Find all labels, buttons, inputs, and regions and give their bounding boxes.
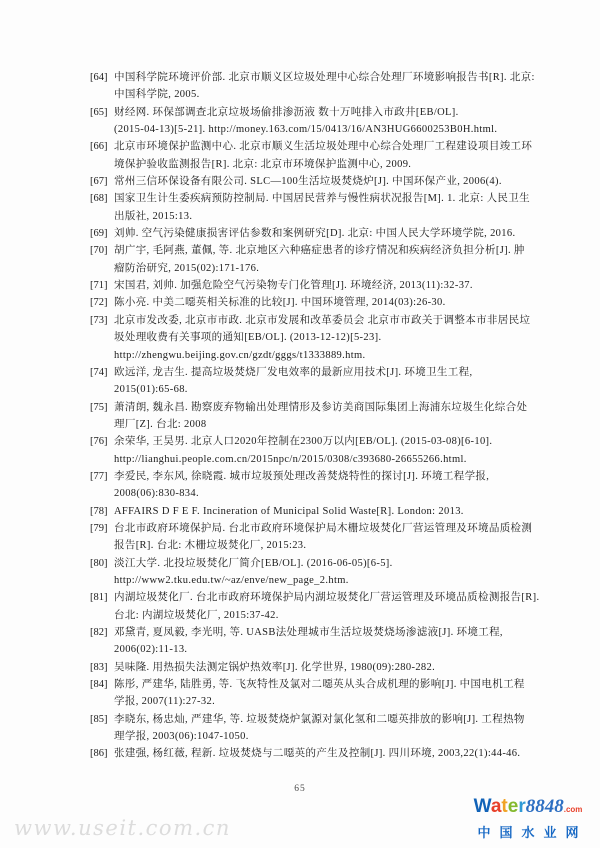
reference-item: [80]淡江大学. 北投垃圾焚化厂简介[EB/OL]. (2016-06-05)… — [90, 555, 560, 590]
page-number: 65 — [0, 784, 600, 794]
reference-number: [85] — [90, 711, 109, 728]
reference-item: [64]中国科学院环境评价部. 北京市顺义区垃圾处理中心综合处理厂环境影响报告书… — [90, 69, 560, 104]
reference-text-line: 余荣华, 王昊男. 北京人口2020年控制在2300万以内[EB/OL]. (2… — [114, 433, 492, 450]
reference-text-line: 国家卫生计生委疾病预防控制局. 中国居民营养与慢性病状况报告[M]. 1. 北京… — [114, 190, 530, 207]
reference-number: [67] — [90, 173, 109, 190]
reference-text-line: 北京市发改委, 北京市市政. 北京市发展和改革委员会 北京市市政关于调整本市非居… — [114, 312, 530, 329]
reference-text: 胡广宇, 毛阿燕, 董佩, 等. 北京地区六种癌症患者的诊疗情况和疾病经济负担分… — [114, 242, 525, 277]
reference-item: [82]邓黛青, 夏凤毅, 李光明, 等. UASB法处理城市生活垃圾焚烧场渗滤… — [90, 624, 560, 659]
reference-text-line: 刘帅. 空气污染健康损害评估参数和案例研究[D]. 北京: 中国人民大学环境学院… — [114, 225, 515, 242]
logo-8848-text: 8848 — [526, 796, 564, 817]
reference-text-line: (2015-04-13)[5-21]. http://money.163.com… — [114, 121, 497, 138]
reference-item: [72]陈小亮. 中美二噁英相关标准的比较[J]. 中国环境管理, 2014(0… — [90, 294, 560, 311]
reference-number: [79] — [90, 520, 109, 537]
reference-number: [70] — [90, 242, 109, 259]
reference-text-line: 萧清朗, 魏永昌. 勘察废弃物输出处理情形及参访美商国际集团上海浦东垃圾生化综合… — [114, 399, 527, 416]
reference-text: 陈彤, 严建华, 陆胜勇, 等. 飞灰特性及氯对二噁英从头合成机理的影响[J].… — [114, 676, 525, 711]
reference-number: [72] — [90, 294, 109, 311]
reference-text-line: AFFAIRS D F E F. Incineration of Municip… — [114, 503, 464, 520]
reference-number: [64] — [90, 69, 109, 86]
reference-item: [84]陈彤, 严建华, 陆胜勇, 等. 飞灰特性及氯对二噁英从头合成机理的影响… — [90, 676, 560, 711]
logo-subtitle: 中国水业网 — [461, 822, 600, 841]
reference-text: 陈小亮. 中美二噁英相关标准的比较[J]. 中国环境管理, 2014(03):2… — [114, 294, 446, 311]
reference-text: 宋国君, 刘帅. 加强危险空气污染物专门化管理[J]. 环境经济, 2013(1… — [114, 277, 473, 294]
reference-item: [75]萧清朗, 魏永昌. 勘察废弃物输出处理情形及参访美商国际集团上海浦东垃圾… — [90, 399, 560, 434]
water8848-logo: Water8848.com 中国水业网 — [461, 796, 595, 841]
reference-text-line: http://lianghui.people.com.cn/2015npc/n/… — [114, 451, 492, 468]
reference-text: 萧清朗, 魏永昌. 勘察废弃物输出处理情形及参访美商国际集团上海浦东垃圾生化综合… — [114, 399, 527, 434]
reference-text-line: 淡江大学. 北投垃圾焚化厂简介[EB/OL]. (2016-06-05)[6-5… — [114, 555, 393, 572]
reference-number: [82] — [90, 624, 109, 641]
reference-item: [67]常州三信环保设备有限公司. SLC—100生活垃圾焚烧炉[J]. 中国环… — [90, 173, 560, 190]
reference-number: [77] — [90, 468, 109, 485]
reference-text: 李晓东, 杨忠灿, 严建华, 等. 垃圾焚烧炉氯源对氯化氢和二噁英排放的影响[J… — [114, 711, 525, 746]
reference-item: [79]台北市政府环境保护局. 台北市政府环境保护局木栅垃圾焚化厂营运管理及环境… — [90, 520, 560, 555]
reference-text-line: 陈彤, 严建华, 陆胜勇, 等. 飞灰特性及氯对二噁英从头合成机理的影响[J].… — [114, 676, 525, 693]
reference-item: [86]张建强, 杨红薇, 程新. 垃圾焚烧与二噁英的产生及控制[J]. 四川环… — [90, 745, 560, 762]
reference-item: [76]余荣华, 王昊男. 北京人口2020年控制在2300万以内[EB/OL]… — [90, 433, 560, 468]
reference-text-line: 台北市政府环境保护局. 台北市政府环境保护局木栅垃圾焚化厂营运管理及环境品质检测 — [114, 520, 532, 537]
reference-text: 常州三信环保设备有限公司. SLC—100生活垃圾焚烧炉[J]. 中国环保产业,… — [114, 173, 502, 190]
reference-item: [73]北京市发改委, 北京市市政. 北京市发展和改革委员会 北京市市政关于调整… — [90, 312, 560, 364]
reference-text: 北京市发改委, 北京市市政. 北京市发展和改革委员会 北京市市政关于调整本市非居… — [114, 312, 530, 364]
reference-item: [65]财经网. 环保部调查北京垃圾场偷排渗沥液 数十万吨排入市政井[EB/OL… — [90, 104, 560, 139]
reference-number: [71] — [90, 277, 109, 294]
reference-text: 台北市政府环境保护局. 台北市政府环境保护局木栅垃圾焚化厂营运管理及环境品质检测… — [114, 520, 532, 555]
reference-text-line: 北京市环境保护监测中心. 北京市顺义生活垃圾处理中心综合处理厂工程建设项目竣工环 — [114, 138, 532, 155]
reference-text-line: 学报, 2007(11):27-32. — [114, 693, 525, 710]
reference-number: [73] — [90, 312, 109, 329]
reference-text-line: 欧远洋, 龙吉生. 提高垃圾焚烧厂发电效率的最新应用技术[J]. 环境卫生工程, — [114, 364, 472, 381]
reference-text-line: 圾处理收费有关事项的通知[EB/OL]. (2013-12-12)[5-23]. — [114, 329, 530, 346]
logo-com-text: .com — [564, 805, 583, 814]
reference-text-line: 报告[R]. 台北: 木栅垃圾焚化厂, 2015:23. — [114, 537, 532, 554]
reference-text-line: 财经网. 环保部调查北京垃圾场偷排渗沥液 数十万吨排入市政井[EB/OL]. — [114, 104, 497, 121]
reference-item: [85]李晓东, 杨忠灿, 严建华, 等. 垃圾焚烧炉氯源对氯化氢和二噁英排放的… — [90, 711, 560, 746]
reference-text-line: 李晓东, 杨忠灿, 严建华, 等. 垃圾焚烧炉氯源对氯化氢和二噁英排放的影响[J… — [114, 711, 525, 728]
reference-item: [69]刘帅. 空气污染健康损害评估参数和案例研究[D]. 北京: 中国人民大学… — [90, 225, 560, 242]
reference-number: [74] — [90, 364, 109, 381]
reference-text-line: 常州三信环保设备有限公司. SLC—100生活垃圾焚烧炉[J]. 中国环保产业,… — [114, 173, 502, 190]
reference-text: 淡江大学. 北投垃圾焚化厂简介[EB/OL]. (2016-06-05)[6-5… — [114, 555, 393, 590]
reference-text-line: 理学报, 2003(06):1047-1050. — [114, 728, 525, 745]
reference-text: 北京市环境保护监测中心. 北京市顺义生活垃圾处理中心综合处理厂工程建设项目竣工环… — [114, 138, 532, 173]
reference-item: [71]宋国君, 刘帅. 加强危险空气污染物专门化管理[J]. 环境经济, 20… — [90, 277, 560, 294]
reference-text-line: 台北: 内湖垃圾焚化厂, 2015:37-42. — [114, 607, 539, 624]
reference-text-line: 吴味隆. 用热损失法测定锅炉热效率[J]. 化学世界, 1980(09):280… — [114, 659, 435, 676]
reference-text-line: 2015(01):65-68. — [114, 381, 472, 398]
reference-item: [81]内湖垃圾焚化厂. 台北市政府环境保护局内湖垃圾焚化厂营运管理及环境品质检… — [90, 589, 560, 624]
reference-text: 国家卫生计生委疾病预防控制局. 中国居民营养与慢性病状况报告[M]. 1. 北京… — [114, 190, 530, 225]
reference-text-line: 胡广宇, 毛阿燕, 董佩, 等. 北京地区六种癌症患者的诊疗情况和疾病经济负担分… — [114, 242, 525, 259]
reference-text-line: 张建强, 杨红薇, 程新. 垃圾焚烧与二噁英的产生及控制[J]. 四川环境, 2… — [114, 745, 520, 762]
reference-text-line: 2008(06):830-834. — [114, 485, 489, 502]
reference-item: [78]AFFAIRS D F E F. Incineration of Mun… — [90, 503, 560, 520]
reference-text: 邓黛青, 夏凤毅, 李光明, 等. UASB法处理城市生活垃圾焚烧场渗滤液[J]… — [114, 624, 503, 659]
reference-text-line: 中国科学院环境评价部. 北京市顺义区垃圾处理中心综合处理厂环境影响报告书[R].… — [114, 69, 535, 86]
reference-number: [65] — [90, 104, 109, 121]
reference-text: 李爱民, 李东风, 徐晓霞. 城市垃圾预处理改善焚烧特性的探讨[J]. 环境工程… — [114, 468, 489, 503]
reference-text: 内湖垃圾焚化厂. 台北市政府环境保护局内湖垃圾焚化厂营运管理及环境品质检测报告[… — [114, 589, 539, 624]
reference-text: AFFAIRS D F E F. Incineration of Municip… — [114, 503, 464, 520]
reference-text-line: 邓黛青, 夏凤毅, 李光明, 等. UASB法处理城市生活垃圾焚烧场渗滤液[J]… — [114, 624, 503, 641]
reference-number: [78] — [90, 503, 109, 520]
useit-watermark: www.useit.com.cn — [14, 816, 231, 840]
reference-text-line: 瘤防治研究, 2015(02):171-176. — [114, 260, 525, 277]
reference-number: [86] — [90, 745, 109, 762]
reference-number: [75] — [90, 399, 109, 416]
reference-number: [83] — [90, 659, 109, 676]
reference-text-line: http://zhengwu.beijing.gov.cn/gzdt/gggs/… — [114, 347, 530, 364]
reference-text: 欧远洋, 龙吉生. 提高垃圾焚烧厂发电效率的最新应用技术[J]. 环境卫生工程,… — [114, 364, 472, 399]
reference-text: 中国科学院环境评价部. 北京市顺义区垃圾处理中心综合处理厂环境影响报告书[R].… — [114, 69, 535, 104]
reference-text: 余荣华, 王昊男. 北京人口2020年控制在2300万以内[EB/OL]. (2… — [114, 433, 492, 468]
logo-water-text: Water — [474, 796, 526, 817]
reference-text: 刘帅. 空气污染健康损害评估参数和案例研究[D]. 北京: 中国人民大学环境学院… — [114, 225, 515, 242]
document-page: [64]中国科学院环境评价部. 北京市顺义区垃圾处理中心综合处理厂环境影响报告书… — [0, 0, 600, 848]
reference-item: [83]吴味隆. 用热损失法测定锅炉热效率[J]. 化学世界, 1980(09)… — [90, 659, 560, 676]
reference-text: 张建强, 杨红薇, 程新. 垃圾焚烧与二噁英的产生及控制[J]. 四川环境, 2… — [114, 745, 520, 762]
reference-text-line: 中国科学院, 2005. — [114, 86, 535, 103]
reference-item: [66]北京市环境保护监测中心. 北京市顺义生活垃圾处理中心综合处理厂工程建设项… — [90, 138, 560, 173]
reference-text-line: 出版社, 2015:13. — [114, 208, 530, 225]
reference-text-line: 理厂[Z]. 台北: 2008 — [114, 416, 527, 433]
logo-wordmark: Water8848.com — [461, 796, 595, 821]
reference-text-line: 宋国君, 刘帅. 加强危险空气污染物专门化管理[J]. 环境经济, 2013(1… — [114, 277, 473, 294]
reference-item: [77]李爱民, 李东风, 徐晓霞. 城市垃圾预处理改善焚烧特性的探讨[J]. … — [90, 468, 560, 503]
reference-text: 财经网. 环保部调查北京垃圾场偷排渗沥液 数十万吨排入市政井[EB/OL].(2… — [114, 104, 497, 139]
reference-item: [68]国家卫生计生委疾病预防控制局. 中国居民营养与慢性病状况报告[M]. 1… — [90, 190, 560, 225]
reference-text-line: 陈小亮. 中美二噁英相关标准的比较[J]. 中国环境管理, 2014(03):2… — [114, 294, 446, 311]
reference-text-line: 境保护验收监测报告[R]. 北京: 北京市环境保护监测中心, 2009. — [114, 156, 532, 173]
reference-number: [81] — [90, 589, 109, 606]
reference-text-line: 内湖垃圾焚化厂. 台北市政府环境保护局内湖垃圾焚化厂营运管理及环境品质检测报告[… — [114, 589, 539, 606]
reference-text-line: http://www2.tku.edu.tw/~az/enve/new_page… — [114, 572, 393, 589]
reference-item: [70]胡广宇, 毛阿燕, 董佩, 等. 北京地区六种癌症患者的诊疗情况和疾病经… — [90, 242, 560, 277]
reference-number: [76] — [90, 433, 109, 450]
reference-text-line: 李爱民, 李东风, 徐晓霞. 城市垃圾预处理改善焚烧特性的探讨[J]. 环境工程… — [114, 468, 489, 485]
reference-number: [69] — [90, 225, 109, 242]
reference-number: [80] — [90, 555, 109, 572]
reference-number: [84] — [90, 676, 109, 693]
reference-text: 吴味隆. 用热损失法测定锅炉热效率[J]. 化学世界, 1980(09):280… — [114, 659, 435, 676]
reference-item: [74]欧远洋, 龙吉生. 提高垃圾焚烧厂发电效率的最新应用技术[J]. 环境卫… — [90, 364, 560, 399]
reference-text-line: 2006(02):11-13. — [114, 641, 503, 658]
reference-number: [66] — [90, 138, 109, 155]
reference-number: [68] — [90, 190, 109, 207]
reference-list: [64]中国科学院环境评价部. 北京市顺义区垃圾处理中心综合处理厂环境影响报告书… — [90, 69, 560, 763]
